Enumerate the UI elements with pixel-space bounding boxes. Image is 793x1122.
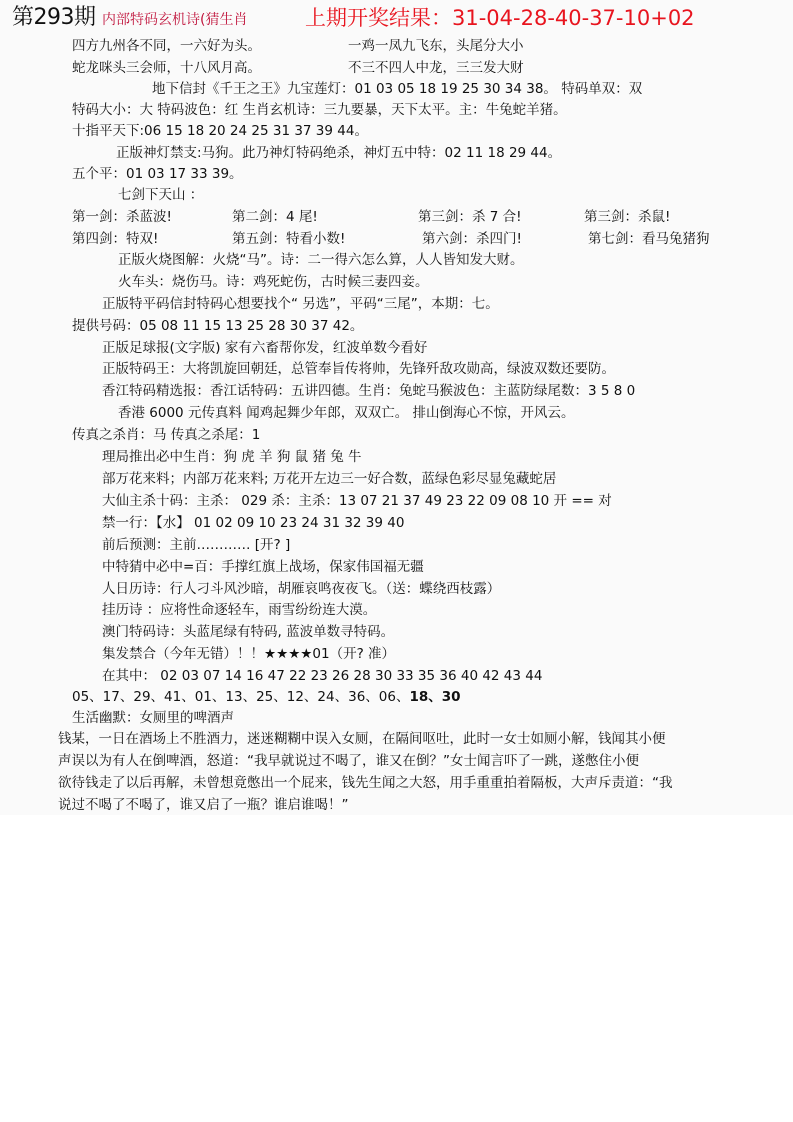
humor-title: 生活幽默：女厕里的啤酒声 [72,709,234,727]
god-lamp-line: 正版神灯禁支:马狗。此乃神灯特码绝杀，神灯五中特：02 11 18 29 44。 [116,144,561,162]
special-code-king-line: 正版特码王：大将凯旋回朝廷，总管奉旨传将帅，先锋歼敌攻勋高，绿波双数还要防。 [102,360,615,378]
sequence-bold: 18、30 [409,689,460,705]
story-line-2: 声误以为有人在倒啤酒，怒道：“我早就说过不喝了，谁又在倒？”女士闻言吓了一跳，遂… [58,752,639,770]
five-flat-line: 五个平：01 03 17 33 39。 [72,165,243,183]
sword-4: 第四剑：特双! [72,230,158,248]
result-numbers: 31-04-28-40-37-10+02 [452,6,695,30]
sword-3b: 第三剑：杀鼠! [584,208,670,226]
poem-right-2: 不三不四人中龙，三三发大财 [348,59,524,77]
seven-swords-title: 七剑下天山 ： [118,186,203,204]
football-paper-line: 正版足球报(文字版) 家有六畜帮你发，红波单数今看好 [102,339,427,357]
fire-diagram-line: 正版火烧图解：火烧“马”。诗：二一得六怎么算，人人皆知发大财。 [118,251,524,269]
result-label: 上期开奖结果： [305,6,452,30]
must-win-line: 中特猜中必中=百：手撑红旗上战场，保家伟国福无疆 [102,558,424,576]
sequence-normal: 05、17、29、41、01、13、25、12、24、36、06、 [72,689,409,705]
collect-forbid-line: 集发禁合（今年无错）！！★★★★01（开? 准） [102,645,395,663]
sword-2: 第二剑：4 尾! [232,208,318,226]
ten-fingers-line: 十指平天下:06 15 18 20 24 25 31 37 39 44。 [72,122,368,140]
size-color-line: 特码大小：大 特码波色：红 生肖玄机诗：三九要暴，天下太平。主：牛兔蛇羊猪。 [72,101,567,119]
poem-right-1: 一鸡一凤九飞东，头尾分大小 [348,37,524,55]
calendar-poem-line: 人日历诗：行人刁斗风沙暗，胡雁哀鸣夜夜飞。（送：蝶绕西枝露） [102,580,500,598]
hk-selection-line: 香江特码精选报：香江话特码：五讲四德。生肖：兔蛇马猴波色：主蓝防绿尾数：3 5 … [102,382,635,400]
sword-3: 第三剑：杀 7 合! [418,208,522,226]
nine-lamps-line: 地下信封《千王之王》九宝莲灯：01 03 05 18 19 25 30 34 3… [152,80,642,98]
forbidden-row-line: 禁一行：【水】 01 02 09 10 23 24 31 32 39 40 [102,514,404,532]
story-line-4: 说过不喝了不喝了，谁又启了一瓶？谁启谁喝！” [58,796,349,814]
flower-material-line: 部万花来料；内部万花来料; 万花开左边三一好合数，蓝绿色彩尽显兔藏蛇居 [102,470,556,488]
among-line: 在其中： 02 03 07 14 16 47 22 23 26 28 30 33… [102,667,542,685]
zodiac-pick-line: 理局推出必中生肖：狗 虎 羊 狗 鼠 猪 兔 牛 [102,448,362,466]
story-line-1: 钱某，一日在酒场上不胜酒力，迷迷糊糊中误入女厕，在隔间呕吐，此时一女士如厕小解，… [58,730,666,748]
prediction-line: 前后预测：主前………… [开? ] [102,536,290,554]
fax-kill-line: 传真之杀肖：马 传真之杀尾：1 [72,426,260,444]
macau-poem-line: 澳门特码诗：头蓝尾绿有特码, 蓝波单数寻特码。 [102,623,394,641]
document-page: 第293期 内部特码玄机诗(猜生肖 上期开奖结果：31-04-28-40-37-… [0,0,793,815]
sword-5: 第五剑：特看小数! [232,230,345,248]
wall-calendar-line: 挂历诗 ：应将性命逐轻车，雨雪纷纷连大漠。 [102,601,376,619]
provided-numbers-line: 提供号码：05 08 11 15 13 25 28 30 37 42。 [72,317,363,335]
poem-left-2: 蛇龙咪头三会师，十八风月高。 [72,59,261,77]
subtitle: 内部特码玄机诗(猜生肖 [102,10,247,30]
issue-number: 第293期 [12,4,96,32]
sword-6: 第六剑：杀四门! [422,230,522,248]
sword-1: 第一剑：杀蓝波! [72,208,172,226]
poem-left-1: 四方九州各不同，一六好为头。 [72,37,261,55]
train-head-line: 火车头：烧伤马。诗：鸡死蛇伤，古时候三妻四妾。 [118,273,429,291]
story-line-3: 欲待钱走了以后再解，未曾想竟憋出一个屁来，钱先生闻之大怒，用手重重拍着隔板，大声… [58,774,673,792]
last-result: 上期开奖结果：31-04-28-40-37-10+02 [305,4,695,32]
flat-code-envelope-line: 正版特平码信封特码心想要找个“ 另选”，平码“三尾”，本期：七。 [102,295,499,313]
sword-7: 第七剑：看马兔猪狗 [588,230,710,248]
hk-fax-line: 香港 6000 元传真料 闻鸡起舞少年郎，双双亡。 排山倒海心不惊，开风云。 [118,404,575,422]
number-sequence-line: 05、17、29、41、01、13、25、12、24、36、06、18、30 [72,688,461,706]
immortal-kill-line: 大仙主杀十码：主杀： 029 杀：主杀：13 07 21 37 49 23 22… [102,492,612,510]
